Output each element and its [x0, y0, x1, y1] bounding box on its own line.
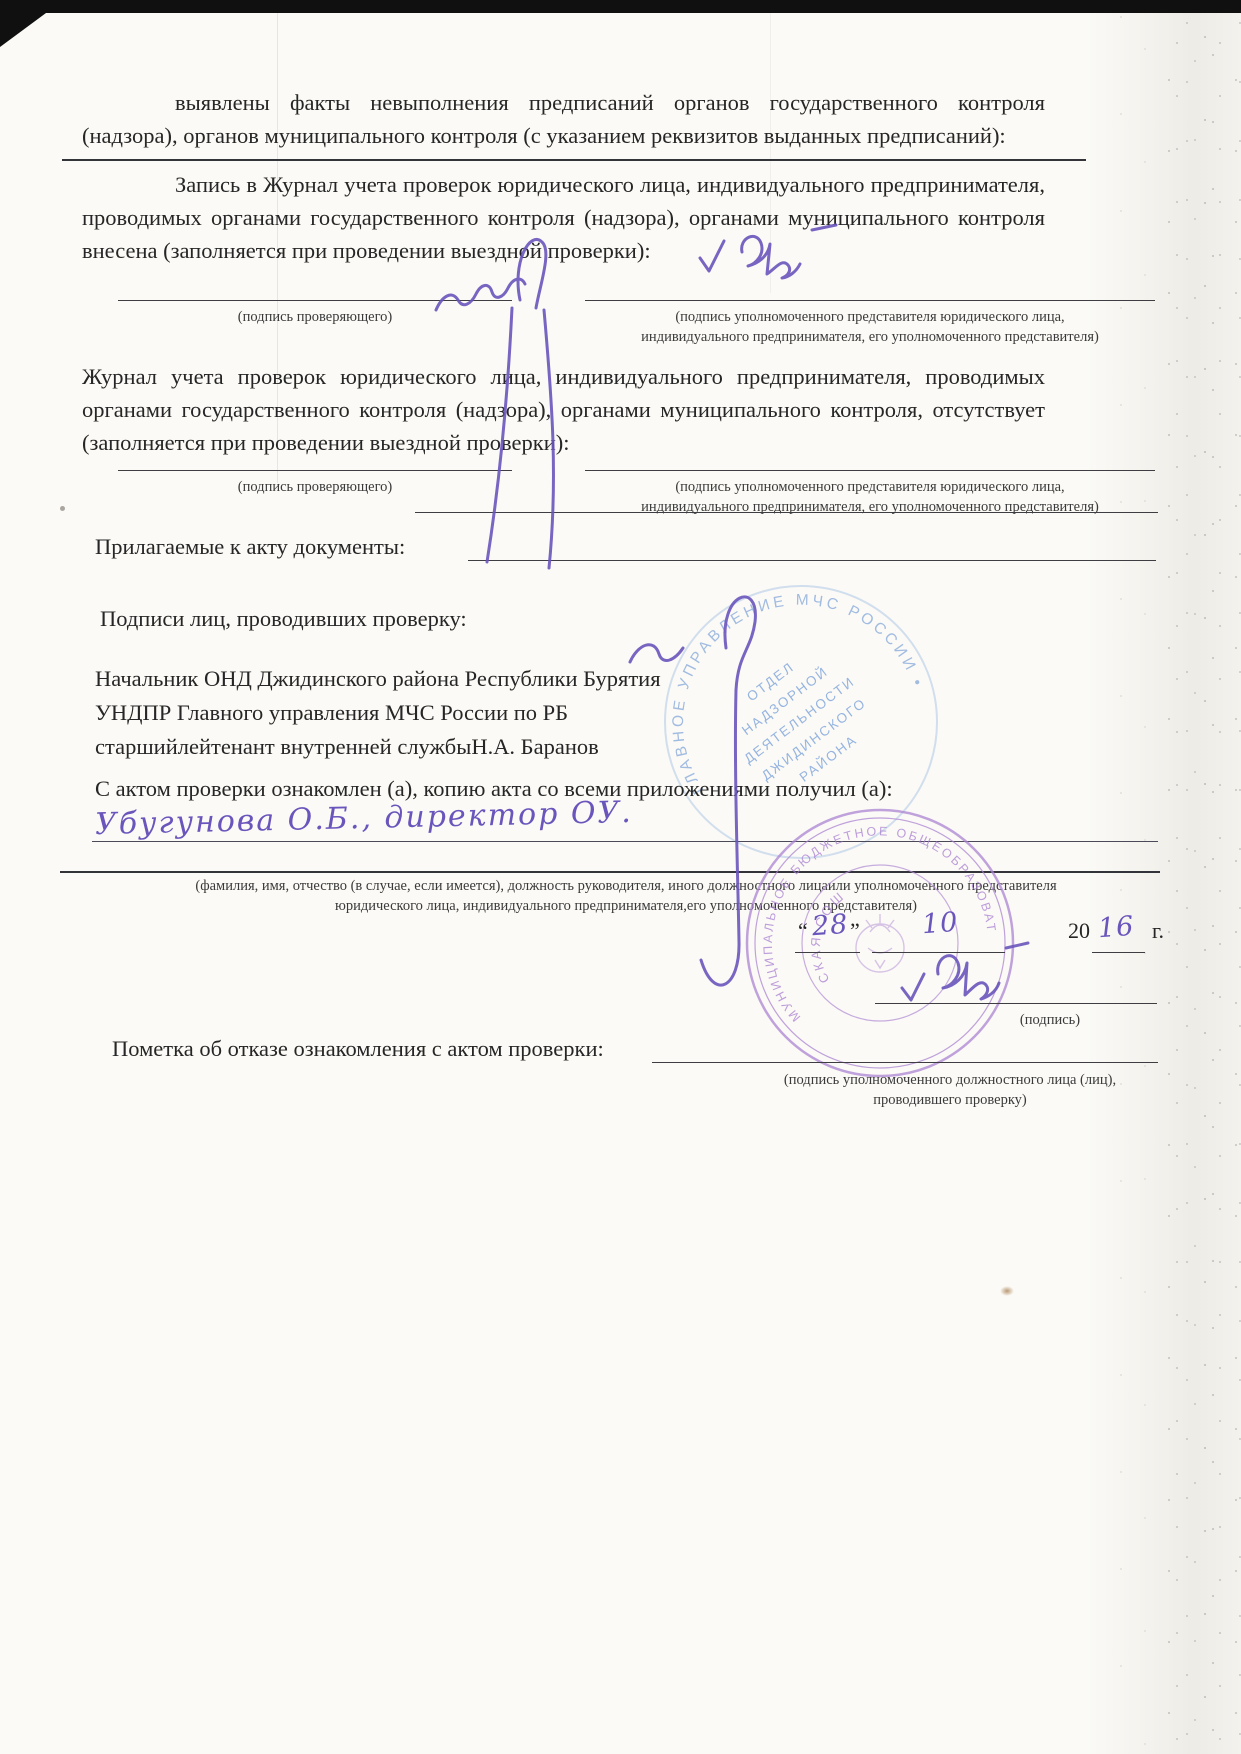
date-day-line [795, 952, 860, 953]
stamp-inner-ring [755, 818, 1005, 1068]
fill-in-line [62, 159, 1086, 161]
date-suffix: г. [1152, 918, 1164, 944]
paragraph-journal-absent: Журнал учета проверок юридического лица,… [82, 360, 1045, 459]
signature-caption: (подпись) [985, 1010, 1115, 1030]
refusal-note-label: Пометка об отказе ознакомления с актом п… [112, 1036, 604, 1062]
date-close-quote: ” [850, 918, 860, 944]
signature-caption-representative-2-line1: (подпись уполномоченного представителя ю… [585, 477, 1155, 497]
date-century: 20 [1068, 918, 1090, 944]
refusal-caption-line2: проводившего проверку) [742, 1090, 1158, 1110]
school-stamp-emblem [856, 914, 904, 972]
stamp-center-ring [802, 865, 958, 1021]
official-title-line1: Начальник ОНД Джидинского района Республ… [95, 666, 661, 692]
signature-line-inspector [118, 300, 512, 301]
paragraph-journal-entry: Запись в Журнал учета проверок юридическ… [82, 168, 1045, 267]
refusal-note-caption: (подпись уполномоченного должностного ли… [742, 1070, 1158, 1110]
signature-line-inspector-2 [118, 470, 512, 471]
handwritten-day: 28 [811, 909, 849, 942]
refusal-caption-line1: (подпись уполномоченного должностного ли… [742, 1070, 1158, 1090]
fill-in-line [415, 512, 1158, 513]
signature-caption-representative-line2: индивидуального предпринимателя, его упо… [585, 327, 1155, 347]
date-year-line [1092, 952, 1145, 953]
signature-caption-inspector-2: (подпись проверяющего) [118, 477, 512, 497]
signature-caption-representative-2: (подпись уполномоченного представителя ю… [585, 477, 1155, 517]
signature-line-under-date [875, 1003, 1157, 1004]
date-month-line [872, 952, 1005, 953]
signatures-heading: Подписи лиц, проводивших проверку: [100, 606, 467, 632]
paragraph-violations: выявлены факты невыполнения предписаний … [82, 86, 1045, 152]
signature-caption-inspector: (подпись проверяющего) [118, 307, 512, 327]
paper-speck [60, 506, 65, 511]
official-title-line2: УНДПР Главного управления МЧС России по … [95, 700, 568, 726]
school-round-stamp: МУНИЦИПАЛЬНОЕ БЮДЖЕТНОЕ ОБЩЕОБРАЗОВАТ СК… [737, 800, 1023, 1086]
paper-stain [1000, 1286, 1014, 1296]
handwritten-year: 16 [1097, 911, 1135, 944]
scan-top-border [0, 0, 1241, 13]
scan-noise-band [1158, 0, 1241, 1754]
official-title-line3: старшийлейтенант внутренней службыН.А. Б… [95, 734, 599, 760]
signature-line-representative [585, 300, 1155, 301]
stamp-outer-ring [747, 810, 1013, 1076]
scan-corner-fold [0, 13, 46, 47]
date-open-quote: “ [798, 918, 808, 944]
signature-caption-representative: (подпись уполномоченного представителя ю… [585, 307, 1155, 347]
attached-documents-label: Прилагаемые к акту документы: [95, 534, 405, 560]
attached-documents-line [468, 560, 1156, 561]
signature-caption-representative-line1: (подпись уполномоченного представителя ю… [585, 307, 1155, 327]
signature-line-representative-2 [585, 470, 1155, 471]
signature-caption-representative-2-line2: индивидуального предпринимателя, его упо… [585, 497, 1155, 517]
handwritten-month: 10 [921, 907, 959, 940]
refusal-note-line [652, 1062, 1158, 1063]
